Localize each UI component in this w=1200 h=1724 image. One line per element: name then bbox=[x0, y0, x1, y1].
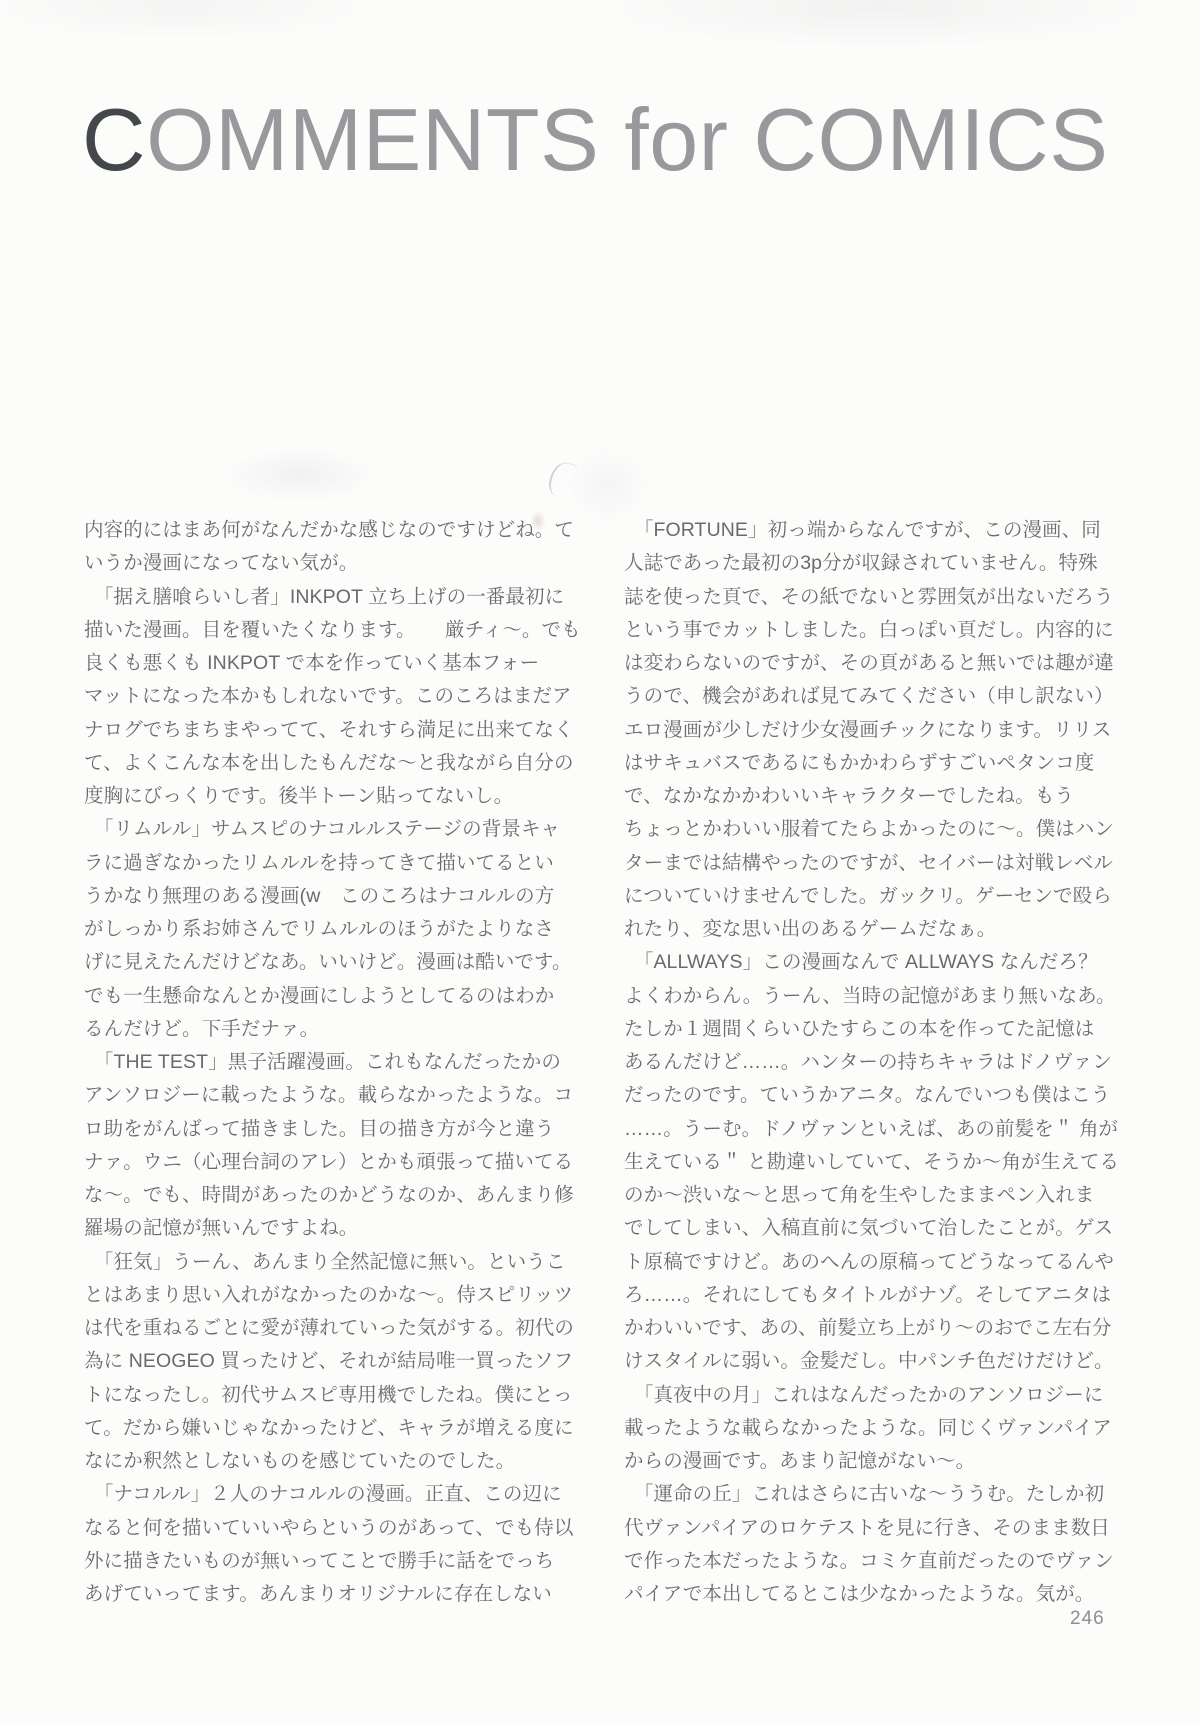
text-line: かわいいです、あの、前髪立ち上がり～のおでこ左右分 bbox=[624, 1312, 1116, 1345]
text-line: は代を重ねるごとに愛が薄れていった気がする。初代の bbox=[84, 1312, 576, 1345]
text-line: れたり、変な思い出のあるゲームだなぁ。 bbox=[624, 913, 1116, 946]
text-line: て。だから嫌いじゃなかったけど、キャラが増える度に bbox=[84, 1412, 576, 1445]
text-line: けスタイルに弱い。金髪だし。中パンチ色だけだけど。 bbox=[624, 1345, 1116, 1378]
text-line: て、よくこんな本を出したもんだな～と我ながら自分の bbox=[84, 747, 576, 780]
text-line: 外に描きたいものが無いってことで勝手に話をでっち bbox=[84, 1545, 576, 1578]
text-line: 生えている＂ と勘違いしていて、そうか～角が生えてる bbox=[624, 1146, 1116, 1179]
text-line: ロ助をがんばって描きました。目の描き方が今と違う bbox=[84, 1113, 576, 1146]
text-line: という事でカットしました。白っぽい頁だし。内容的に bbox=[624, 614, 1116, 647]
text-line: 載ったような載らなかったような。同じくヴァンパイア bbox=[624, 1412, 1116, 1445]
text-line: あるんだけど……。ハンターの持ちキャラはドノヴァン bbox=[624, 1046, 1116, 1079]
text-line: 描いた漫画。目を覆いたくなります。 厳チィ～。でも bbox=[84, 614, 576, 647]
text-column-right: 「FORTUNE」初っ端からなんですが、この漫画、同人誌であった最初の3p分が収… bbox=[624, 514, 1116, 1611]
text-line: のか～渋いな～と思って角を生やしたままペン入れま bbox=[624, 1179, 1116, 1212]
text-line: は変わらないのですが、その頁があると無いでは趣が違 bbox=[624, 647, 1116, 680]
text-line: うので、機会があれば見てみてください（申し訳ない） bbox=[624, 680, 1116, 713]
scan-artifact-curl bbox=[546, 460, 578, 500]
text-line: たしか１週間くらいひたすらこの本を作ってた記憶は bbox=[624, 1013, 1116, 1046]
text-line: で作った本だったような。コミケ直前だったのでヴァン bbox=[624, 1545, 1116, 1578]
text-line: るんだけど。下手だナァ。 bbox=[84, 1013, 576, 1046]
text-line: な～。でも、時間があったのかどうなのか、あんまり修 bbox=[84, 1179, 576, 1212]
scan-smudge bbox=[195, 438, 405, 512]
text-line: がしっかり系お姉さんでリムルルのほうがたよりなさ bbox=[84, 913, 576, 946]
text-line: げに見えたんだけどなあ。いいけど。漫画は酷いです。 bbox=[84, 946, 576, 979]
text-line: 「FORTUNE」初っ端からなんですが、この漫画、同 bbox=[624, 514, 1116, 547]
text-line: 代ヴァンパイアのロケテストを見に行き、そのまま数日 bbox=[624, 1512, 1116, 1545]
text-line: 「ALLWAYS」この漫画なんで ALLWAYS なんだろ？ bbox=[624, 946, 1116, 979]
text-line: うかなり無理のある漫画(w このころはナコルルの方 bbox=[84, 880, 576, 913]
text-line: 誌を使った頁で、その紙でないと雰囲気が出ないだろう bbox=[624, 581, 1116, 614]
text-line: とはあまり思い入れがなかったのかな～。侍スピリッツ bbox=[84, 1279, 576, 1312]
text-line: エロ漫画が少しだけ少女漫画チックになります。リリス bbox=[624, 714, 1116, 747]
text-line: 「運命の丘」これはさらに古いな～ううむ。たしか初 bbox=[624, 1478, 1116, 1511]
text-line: いうか漫画になってない気が。 bbox=[84, 547, 576, 580]
text-line: トになったし。初代サムスピ専用機でしたね。僕にとっ bbox=[84, 1379, 576, 1412]
text-line: 「リムルル」サムスピのナコルルステージの背景キャ bbox=[84, 813, 576, 846]
text-line: はサキュバスであるにもかかわらずすごいペタンコ度 bbox=[624, 747, 1116, 780]
text-line: 「狂気」うーん、あんまり全然記憶に無い。というこ bbox=[84, 1246, 576, 1279]
text-line: だったのです。ていうかアニタ。なんでいつも僕はこう bbox=[624, 1079, 1116, 1112]
text-line: ナログでちまちまやってて、それすら満足に出来てなく bbox=[84, 714, 576, 747]
page-number: 246 bbox=[1070, 1608, 1105, 1630]
text-line: ……。うーむ。ドノヴァンといえば、あの前髪を＂ 角が bbox=[624, 1113, 1116, 1146]
text-line: 良くも悪くも INKPOT で本を作っていく基本フォー bbox=[84, 647, 576, 680]
text-line: ちょっとかわいい服着てたらよかったのに～。僕はハン bbox=[624, 813, 1116, 846]
text-line: よくわからん。うーん、当時の記憶があまり無いなあ。 bbox=[624, 980, 1116, 1013]
text-line: ラに過ぎなかったリムルルを持ってきて描いてるとい bbox=[84, 847, 576, 880]
text-line: ナァ。ウニ（心理台詞のアレ）とかも頑張って描いてる bbox=[84, 1146, 576, 1179]
text-line: 人誌であった最初の3p分が収録されていません。特殊 bbox=[624, 547, 1116, 580]
text-column-left: 内容的にはまあ何がなんだかな感じなのですけどね。ていうか漫画になってない気が。 … bbox=[84, 514, 576, 1611]
text-line: 「THE TEST」黒子活躍漫画。これもなんだったかの bbox=[84, 1046, 576, 1079]
text-line: なると何を描いていいやらというのがあって、でも侍以 bbox=[84, 1512, 576, 1545]
text-line: で、なかなかかわいいキャラクターでしたね。もう bbox=[624, 780, 1116, 813]
book-page: COMMENTS for COMICS 内容的にはまあ何がなんだかな感じなのです… bbox=[0, 0, 1200, 1724]
text-line: 「ナコルル」２人のナコルルの漫画。正直、この辺に bbox=[84, 1478, 576, 1511]
text-line: 羅場の記憶が無いんですよね。 bbox=[84, 1212, 576, 1245]
text-line: あげていってます。あんまりオリジナルに存在しない bbox=[84, 1578, 576, 1611]
text-line: についていけませんでした。ガックリ。ゲーセンで殴ら bbox=[624, 880, 1116, 913]
text-line: なにか釈然としないものを感じていたのでした。 bbox=[84, 1445, 576, 1478]
text-line: でも一生懸命なんとか漫画にしようとしてるのはわか bbox=[84, 980, 576, 1013]
text-line: 為に NEOGEO 買ったけど、それが結局唯一買ったソフ bbox=[84, 1345, 576, 1378]
text-line: アンソロジーに載ったような。載らなかったような。コ bbox=[84, 1079, 576, 1112]
text-line: ろ……。それにしてもタイトルがナゾ。そしてアニタは bbox=[624, 1279, 1116, 1312]
text-line: ト原稿ですけど。あのへんの原稿ってどうなってるんや bbox=[624, 1246, 1116, 1279]
page-title: COMMENTS for COMICS bbox=[82, 96, 1108, 184]
text-line: 度胸にびっくりです。後半トーン貼ってないし。 bbox=[84, 780, 576, 813]
text-line: 内容的にはまあ何がなんだかな感じなのですけどね。て bbox=[84, 514, 576, 547]
text-line: からの漫画です。あまり記憶がない～。 bbox=[624, 1445, 1116, 1478]
text-line: パイアで本出してるとこは少なかったような。気が。 bbox=[624, 1578, 1116, 1611]
text-line: 「据え膳喰らいし者」INKPOT 立ち上げの一番最初に bbox=[84, 581, 576, 614]
text-line: 「真夜中の月」これはなんだったかのアンソロジーに bbox=[624, 1379, 1116, 1412]
text-line: ターまでは結構やったのですが、セイバーは対戦レベル bbox=[624, 847, 1116, 880]
text-line: でしてしまい、入稿直前に気づいて治したことが。ゲス bbox=[624, 1212, 1116, 1245]
text-line: マットになった本かもしれないです。このころはまだア bbox=[84, 680, 576, 713]
